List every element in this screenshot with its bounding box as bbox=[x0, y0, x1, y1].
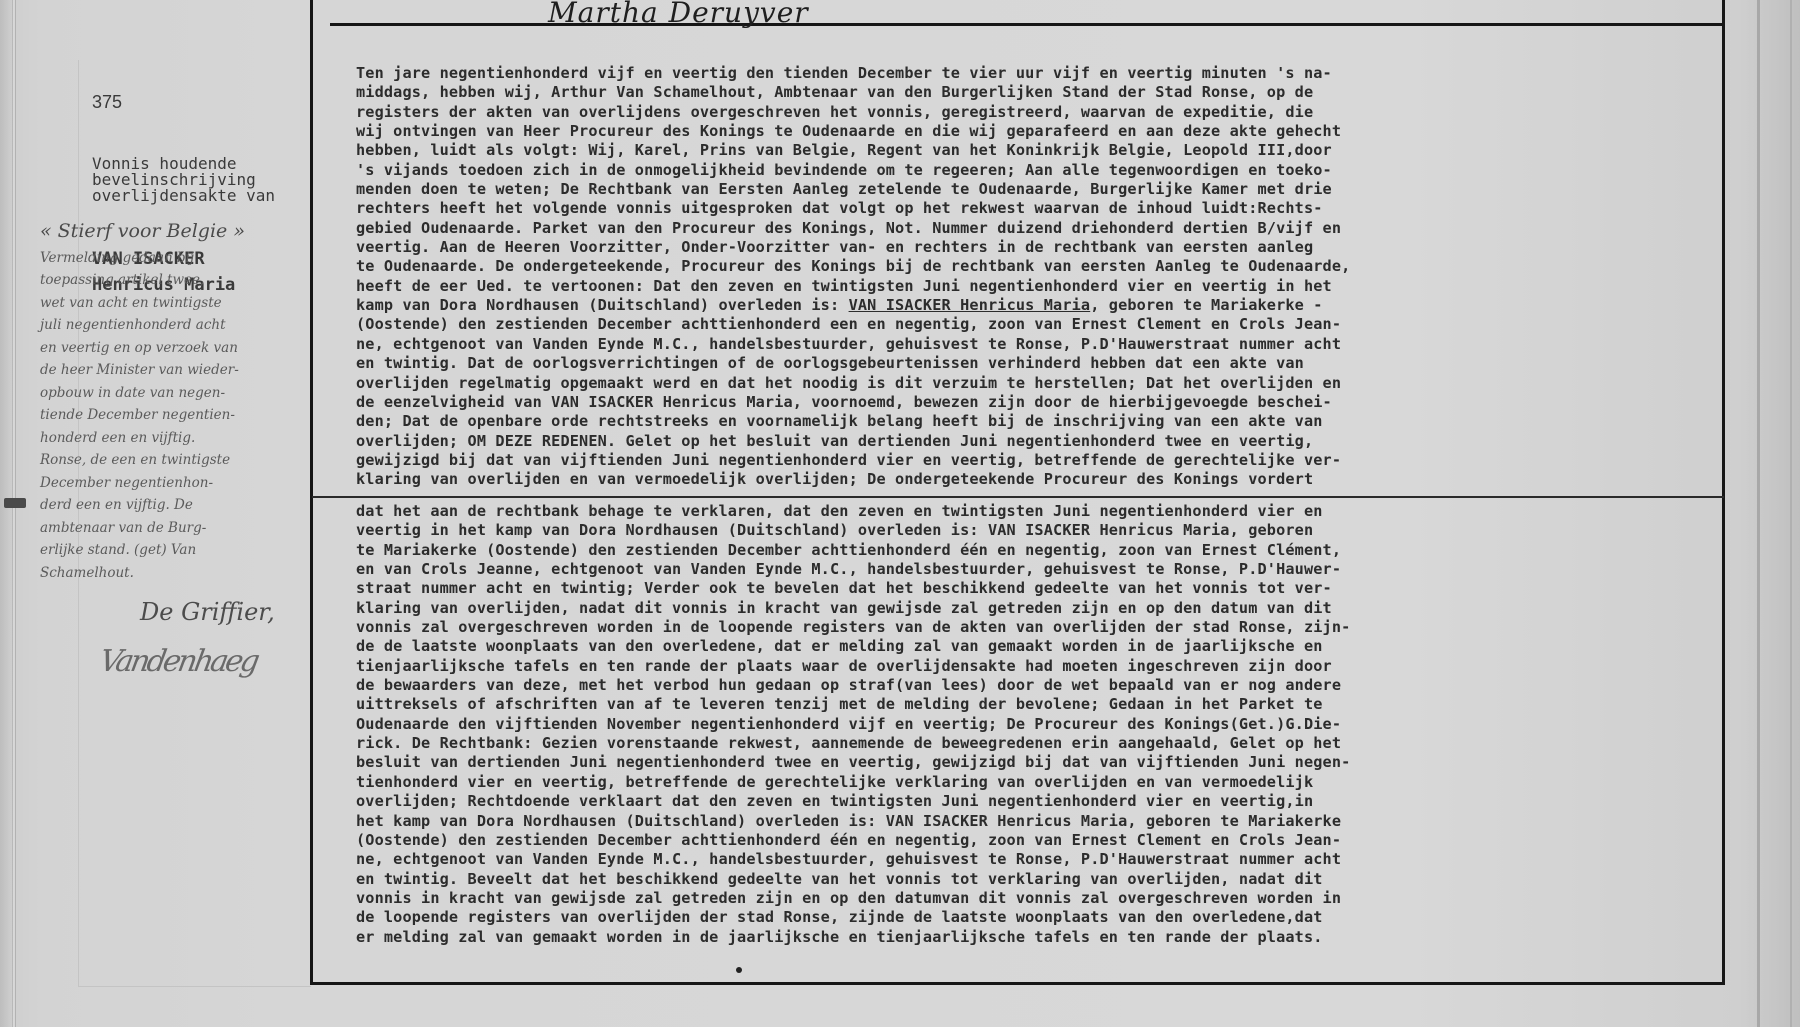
text-line: klaring van overlijden, nadat dit vonnis… bbox=[356, 599, 1736, 618]
handwritten-marginal-note: « Stierf voor Belgie » Vermelding gedaan… bbox=[40, 220, 315, 584]
text-line: en van Crols Jeanne, echtgenoot van Vand… bbox=[356, 560, 1736, 579]
text-line: te Oudenaarde. De ondergeteekende, Procu… bbox=[356, 257, 1736, 276]
marginal-note-line: opbouw in date van negen- bbox=[40, 382, 315, 405]
marginal-note-line: derd een en vijftig. De bbox=[40, 494, 315, 517]
text-line: het kamp van Dora Nordhausen (Duitschlan… bbox=[356, 812, 1736, 831]
text-line: dat het aan de rechtbank behage te verkl… bbox=[356, 502, 1736, 521]
marginal-note-line: honderd een en vijftig. bbox=[40, 427, 315, 450]
page-edge-line bbox=[1757, 0, 1760, 1027]
text-line: de eenzelvigheid van VAN ISACKER Henricu… bbox=[356, 393, 1736, 412]
text-line: kamp van Dora Nordhausen (Duitschland) o… bbox=[356, 296, 1736, 315]
text-line: straat nummer acht en twintig; Verder oo… bbox=[356, 579, 1736, 598]
text-line: tienjaarlijksche tafels en ten rande der… bbox=[356, 657, 1736, 676]
act-text-upper: Ten jare negentienhonderd vijf en veerti… bbox=[356, 64, 1736, 490]
text-line: overlijden; Rechtdoende verklaart dat de… bbox=[356, 792, 1736, 811]
text-line: (Oostende) den zestienden December achtt… bbox=[356, 315, 1736, 334]
text-line: de bewaarders van deze, met het verbod h… bbox=[356, 676, 1736, 695]
marginal-note-lines: Vermelding gedaan bijtoepassing artikel … bbox=[40, 247, 315, 585]
text-line: ne, echtgenoot van Vanden Eynde M.C., ha… bbox=[356, 335, 1736, 354]
text-line: de loopende registers van overlijden der… bbox=[356, 908, 1736, 927]
margin-typed-lines: Vonnis houdendebevelinschrijvingoverlijd… bbox=[92, 156, 312, 204]
marginal-note-line: tiende December negentien- bbox=[40, 404, 315, 427]
marginal-note-line: Schamelhout. bbox=[40, 562, 315, 585]
section-divider bbox=[312, 496, 1724, 498]
marginal-note-line: toepassing artikel twee, bbox=[40, 269, 315, 292]
marginal-note-line: Ronse, de een en twintigste bbox=[40, 449, 315, 472]
marginal-note-line: en veertig en op verzoek van bbox=[40, 337, 315, 360]
marginal-note-title: « Stierf voor Belgie » bbox=[40, 220, 315, 243]
text-line: gewijzigd bij dat van vijftienden Juni n… bbox=[356, 451, 1736, 470]
text-line: middags, hebben wij, Arthur Van Schamelh… bbox=[356, 83, 1736, 102]
page-dot bbox=[736, 967, 742, 973]
text-line: vonnis zal overgeschreven worden in de l… bbox=[356, 618, 1736, 637]
binding-clip bbox=[4, 498, 26, 508]
marginal-note-line: erlijke stand. (get) Van bbox=[40, 539, 315, 562]
text-line: den; Dat de openbare orde rechtstreeks e… bbox=[356, 412, 1736, 431]
text-line: 's vijands toedoen zich in de onmogelijk… bbox=[356, 161, 1736, 180]
text-line: wij ontvingen van Heer Procureur des Kon… bbox=[356, 122, 1736, 141]
text-line: overlijden; OM DEZE REDENEN. Gelet op he… bbox=[356, 432, 1736, 451]
header-rule bbox=[330, 23, 1724, 26]
text-line: menden doen te weten; De Rechtbank van E… bbox=[356, 180, 1736, 199]
text-line: rechters heeft het volgende vonnis uitge… bbox=[356, 199, 1736, 218]
text-line: er melding zal van gemaakt worden in de … bbox=[356, 928, 1736, 947]
text-line: vonnis in kracht van gewijsde zal getred… bbox=[356, 889, 1736, 908]
text-line: uittreksels of afschriften van af te lev… bbox=[356, 695, 1736, 714]
text-line: registers der akten van overlijdens over… bbox=[356, 103, 1736, 122]
document-page: Martha Deruyver 375 Vonnis houdendebevel… bbox=[0, 0, 1800, 1027]
text-line: de de laatste woonplaats van den overled… bbox=[356, 637, 1736, 656]
page-edge-line bbox=[1790, 0, 1792, 1027]
text-line: Oudenaarde den vijftienden November nege… bbox=[356, 715, 1736, 734]
margin-typed-line: overlijdensakte van bbox=[92, 188, 312, 204]
text-line: Ten jare negentienhonderd vijf en veerti… bbox=[356, 64, 1736, 83]
marginal-note-line: de heer Minister van wieder- bbox=[40, 359, 315, 382]
text-line: te Mariakerke (Oostende) den zestienden … bbox=[356, 541, 1736, 560]
act-text-lower: dat het aan de rechtbank behage te verkl… bbox=[356, 502, 1736, 947]
text-line: hebben, luidt als volgt: Wij, Karel, Pri… bbox=[356, 141, 1736, 160]
text-line: heeft de eer Ued. te vertoonen: Dat den … bbox=[356, 277, 1736, 296]
signature-block: De Griffier, Vandenhaeg bbox=[100, 598, 300, 708]
marginal-note-line: December negentienhon- bbox=[40, 472, 315, 495]
binding-line bbox=[12, 0, 16, 1027]
text-line: overlijden regelmatig opgemaakt werd en … bbox=[356, 374, 1736, 393]
marginal-note-line: juli negentienhonderd acht bbox=[40, 314, 315, 337]
text-line: en twintig. Beveelt dat het beschikkend … bbox=[356, 870, 1736, 889]
record-number: 375 bbox=[92, 94, 312, 110]
underlined-name: VAN ISACKER Henricus Maria bbox=[849, 296, 1091, 314]
text-line: klaring van overlijden en van vermoedeli… bbox=[356, 470, 1736, 489]
bottom-frame-rule bbox=[310, 982, 1724, 985]
signature-name: Vandenhaeg bbox=[97, 644, 260, 679]
text-line: en twintig. Dat de oorlogsverrichtingen … bbox=[356, 354, 1736, 373]
marginal-note-line: ambtenaar van de Burg- bbox=[40, 517, 315, 540]
signature-role: De Griffier, bbox=[140, 598, 275, 626]
marginal-note-line: Vermelding gedaan bij bbox=[40, 247, 315, 270]
text-line: ne, echtgenoot van Vanden Eynde M.C., ha… bbox=[356, 850, 1736, 869]
text-line: (Oostende) den zestienden December achtt… bbox=[356, 831, 1736, 850]
text-line: rick. De Rechtbank: Gezien vorenstaande … bbox=[356, 734, 1736, 753]
text-line: veertig in het kamp van Dora Nordhausen … bbox=[356, 521, 1736, 540]
text-line: veertig. Aan de Heeren Voorzitter, Onder… bbox=[356, 238, 1736, 257]
handwritten-header-name: Martha Deruyver bbox=[548, 0, 809, 29]
marginal-note-line: wet van acht en twintigste bbox=[40, 292, 315, 315]
text-line: besluit van dertienden Juni negentienhon… bbox=[356, 753, 1736, 772]
text-line: gebied Oudenaarde. Parket van den Procur… bbox=[356, 219, 1736, 238]
text-line: tienhonderd vier en veertig, betreffende… bbox=[356, 773, 1736, 792]
